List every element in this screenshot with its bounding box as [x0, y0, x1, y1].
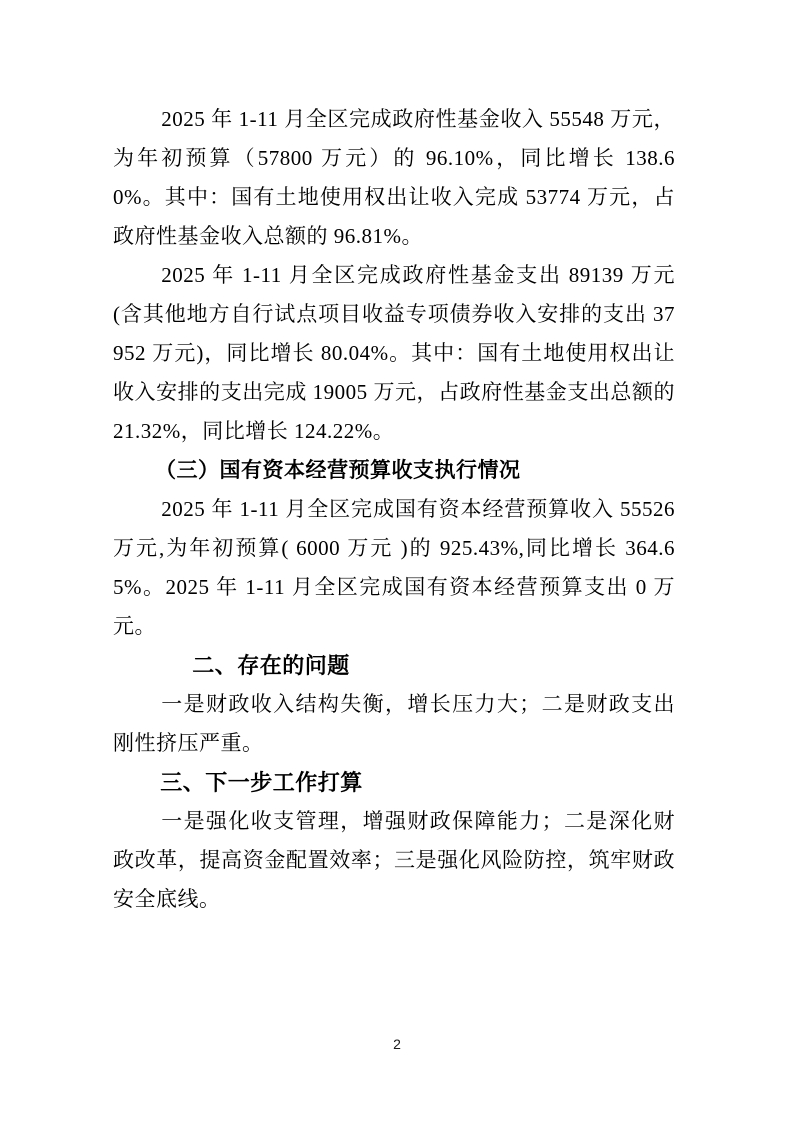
body-paragraph: 2025 年 1-11 月全区完成国有资本经营预算收入 55526 万元,为年初… [113, 490, 675, 646]
document-body: 2025 年 1-11 月全区完成政府性基金收入 55548 万元，为年初预算（… [113, 100, 675, 919]
page-number: 2 [393, 1036, 401, 1052]
page-footer: 2 [0, 1036, 794, 1054]
section-heading: （三）国有资本经营预算收支执行情况 [113, 451, 675, 490]
body-paragraph: 一是财政收入结构失衡，增长压力大；二是财政支出刚性挤压严重。 [113, 685, 675, 763]
body-paragraph: 一是强化收支管理，增强财政保障能力；二是深化财政改革，提高资金配置效率；三是强化… [113, 802, 675, 919]
body-paragraph: 2025 年 1-11 月全区完成政府性基金收入 55548 万元，为年初预算（… [113, 100, 675, 256]
major-heading: 二、存在的问题 [113, 646, 675, 685]
major-heading: 三、下一步工作打算 [113, 763, 675, 802]
body-paragraph: 2025 年 1-11 月全区完成政府性基金支出 89139 万元(含其他地方自… [113, 256, 675, 451]
document-page: 2025 年 1-11 月全区完成政府性基金收入 55548 万元，为年初预算（… [0, 0, 794, 1122]
